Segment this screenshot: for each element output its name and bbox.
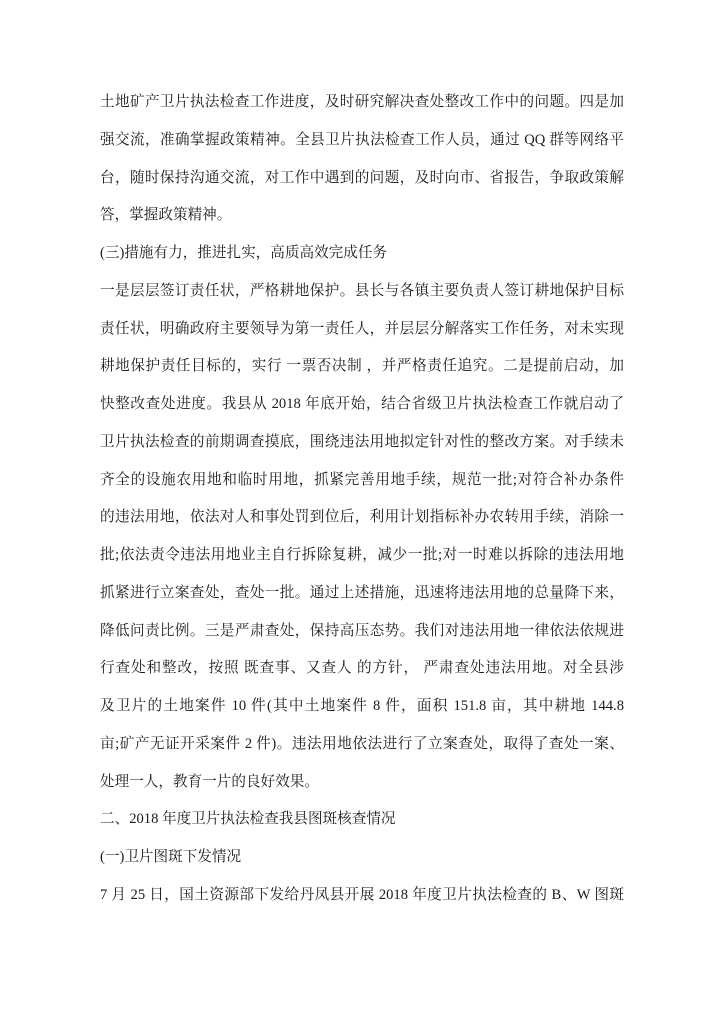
text-line: 批;依法责令违法用地业主自行拆除复耕，减少一批;对一时难以拆除的违法用地 bbox=[100, 537, 624, 575]
text-line: 卫片执法检查的前期调查摸底，围绕违法用地拟定针对性的整改方案。对手续未 bbox=[100, 424, 624, 462]
text-line: 的违法用地，依法对人和事处罚到位后，利用计划指标补办农转用手续，消除一 bbox=[100, 499, 624, 537]
text-line: 亩;矿产无证开采案件 2 件)。违法用地依法进行了立案查处，取得了查处一案、 bbox=[100, 726, 624, 764]
text-line: 一是层层签订责任状，严格耕地保护。县长与各镇主要负责人签订耕地保护目标 bbox=[100, 273, 624, 311]
text-line: 台，随时保持沟通交流，对工作中遇到的问题，及时向市、省报告，争取政策解 bbox=[100, 160, 624, 198]
text-line: 土地矿产卫片执法检查工作进度，及时研究解决查处整改工作中的问题。四是加 bbox=[100, 84, 624, 122]
text-line: 责任状，明确政府主要领导为第一责任人，并层层分解落实工作任务，对未实现 bbox=[100, 311, 624, 349]
text-line: (一)卫片图斑下发情况 bbox=[100, 839, 624, 877]
text-line: 降低问责比例。三是严肃查处，保持高压态势。我们对违法用地一律依法依规进 bbox=[100, 613, 624, 651]
text-line: 行查处和整改，按照 既查事、又查人 的方针， 严肃查处违法用地。对全县涉 bbox=[100, 650, 624, 688]
text-line: 齐全的设施农用地和临时用地，抓紧完善用地手续，规范一批;对符合补办条件 bbox=[100, 462, 624, 500]
text-line: 及卫片的土地案件 10 件(其中土地案件 8 件，面积 151.8 亩，其中耕地… bbox=[100, 688, 624, 726]
text-line: 耕地保护责任目标的，实行 一票否决制 ，并严格责任追究。二是提前启动，加 bbox=[100, 348, 624, 386]
document-body: 土地矿产卫片执法检查工作进度，及时研究解决查处整改工作中的问题。四是加强交流，准… bbox=[100, 84, 624, 915]
text-line: 答，掌握政策精神。 bbox=[100, 197, 624, 235]
text-line: 二、2018 年度卫片执法检查我县图斑核查情况 bbox=[100, 801, 624, 839]
text-line: 处理一人，教育一片的良好效果。 bbox=[100, 764, 624, 802]
document-page: 土地矿产卫片执法检查工作进度，及时研究解决查处整改工作中的问题。四是加强交流，准… bbox=[0, 0, 721, 1020]
text-line: 快整改查处进度。我县从 2018 年底开始，结合省级卫片执法检查工作就启动了 bbox=[100, 386, 624, 424]
text-line: 抓紧进行立案查处，查处一批。通过上述措施，迅速将违法用地的总量降下来， bbox=[100, 575, 624, 613]
text-line: (三)措施有力，推进扎实，高质高效完成任务 bbox=[100, 235, 624, 273]
text-line: 强交流，准确掌握政策精神。全县卫片执法检查工作人员，通过 QQ 群等网络平 bbox=[100, 122, 624, 160]
text-line: 7 月 25 日，国土资源部下发给丹凤县开展 2018 年度卫片执法检查的 B、… bbox=[100, 877, 624, 915]
